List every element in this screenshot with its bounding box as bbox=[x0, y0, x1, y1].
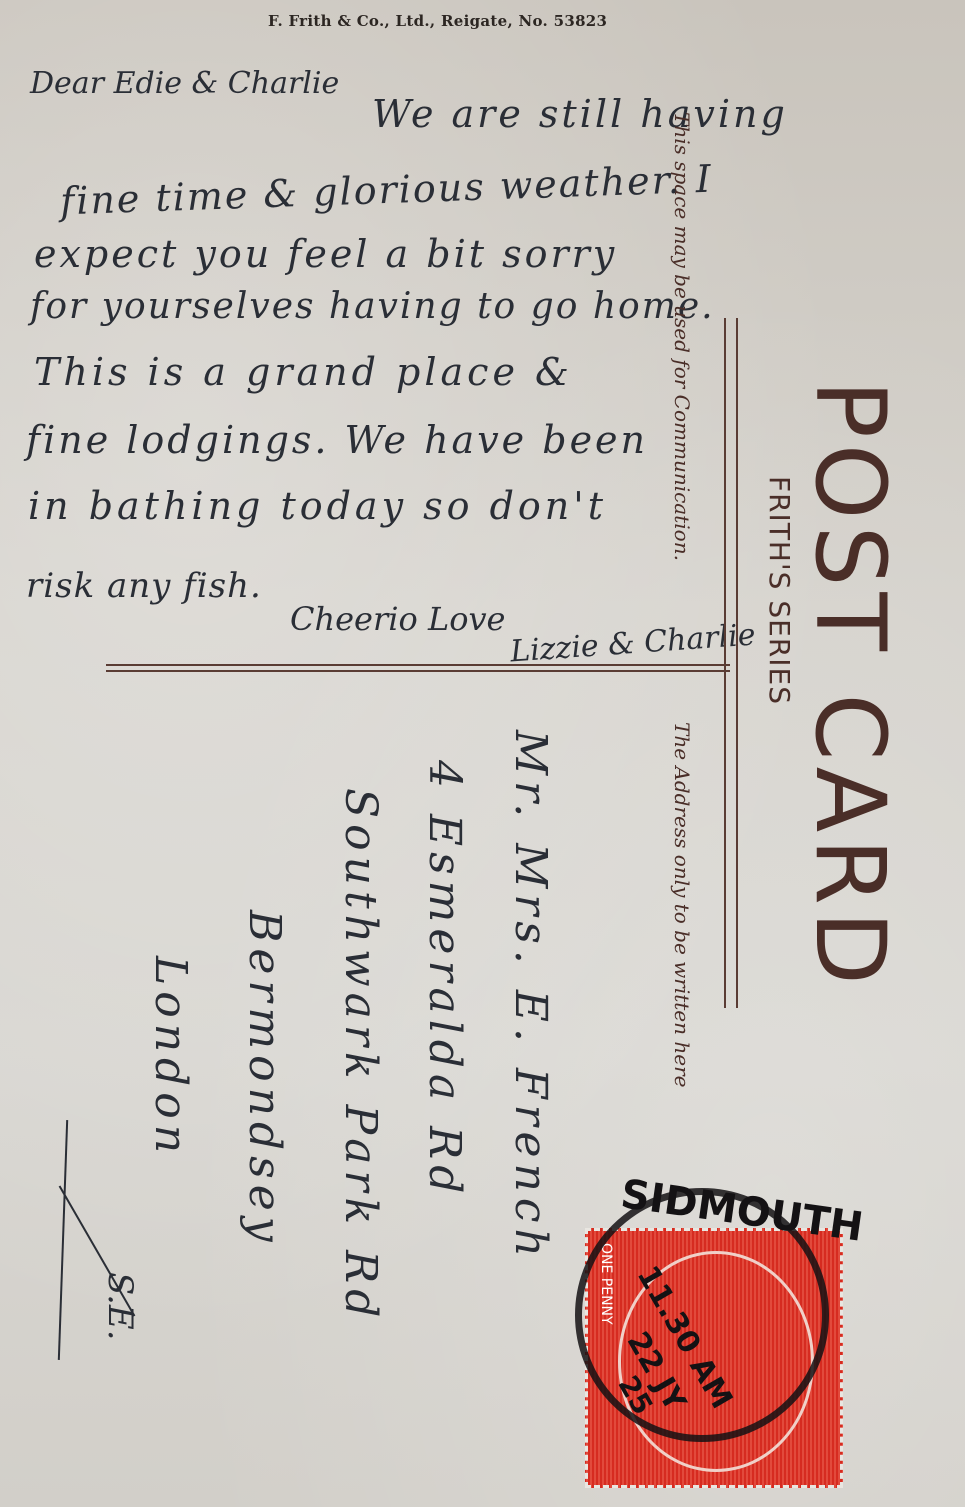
address-line: London bbox=[145, 956, 196, 1159]
divider-line bbox=[724, 318, 726, 1008]
message-line: expect you feel a bit sorry bbox=[34, 232, 617, 276]
publisher-line: F. Frith & Co., Ltd., Reigate, No. 53823 bbox=[268, 12, 607, 30]
message-line: We are still having bbox=[372, 92, 788, 136]
address-line: Southwark Park Rd bbox=[335, 788, 386, 1323]
message-line: in bathing today so don't bbox=[28, 484, 607, 528]
postcard-title: POST CARD bbox=[794, 380, 906, 991]
series-label: FRITH'S SERIES bbox=[763, 476, 796, 705]
divider-line bbox=[736, 318, 738, 1008]
postcard-back: F. Frith & Co., Ltd., Reigate, No. 53823… bbox=[0, 0, 965, 1507]
divider-line bbox=[106, 664, 730, 666]
message-line: fine lodgings. We have been bbox=[26, 418, 648, 462]
address-line: Bermondsey bbox=[239, 910, 290, 1248]
message-salutation: Dear Edie & Charlie bbox=[30, 66, 339, 101]
message-signature: Lizzie & Charlie bbox=[509, 617, 757, 669]
message-line: fine time & glorious weather. I bbox=[59, 157, 713, 224]
address-underline bbox=[58, 1120, 68, 1360]
message-line: risk any fish. bbox=[26, 566, 262, 606]
address-line: Mr. Mrs. E. French bbox=[505, 730, 556, 1263]
address-note: The Address only to be written here bbox=[670, 722, 694, 1088]
address-line: 4 Esmeralda Rd bbox=[419, 760, 470, 1199]
communication-note: This space may be used for Communication… bbox=[670, 112, 694, 561]
divider-line bbox=[106, 670, 730, 672]
message-line: This is a grand place & bbox=[34, 350, 573, 394]
address-line: S.E. bbox=[100, 1272, 140, 1341]
address-underline bbox=[59, 1186, 136, 1317]
message-closing: Cheerio Love bbox=[290, 600, 505, 638]
message-line: for yourselves having to go home. bbox=[30, 286, 715, 327]
